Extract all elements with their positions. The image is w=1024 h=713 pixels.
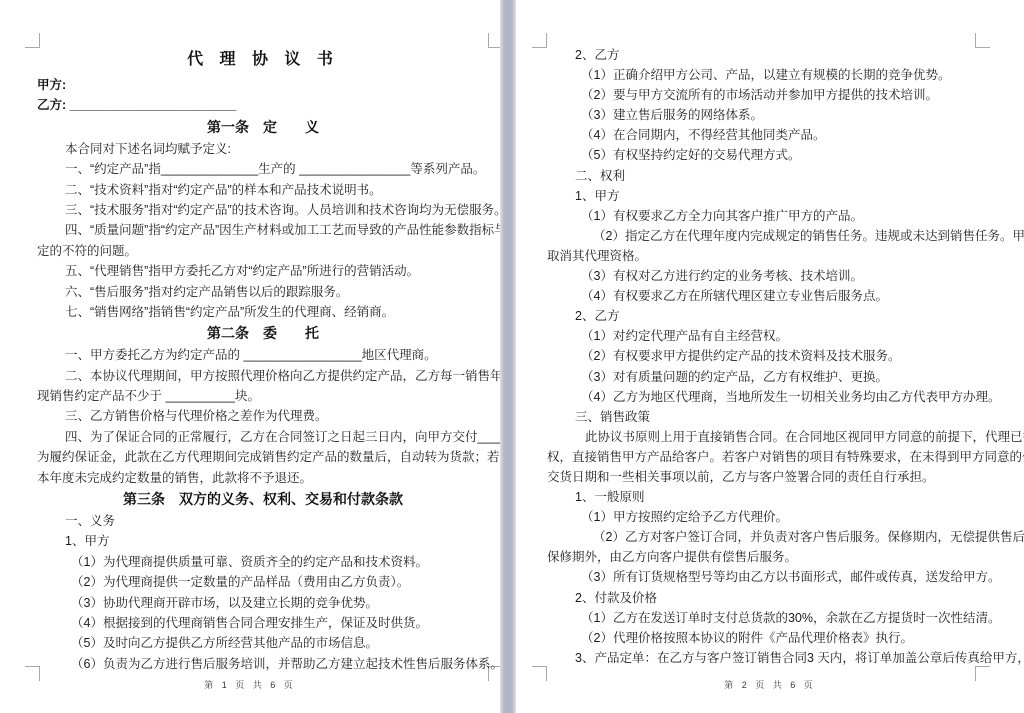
- text-line: 交货日期和一些相关事项以前，乙方与客户签署合同的责任自行承担。: [547, 467, 977, 487]
- text-line: 3、产品定单：在乙方与客户签订销售合同3 天内，将订单加盖公章后传真给甲方，以: [547, 648, 977, 668]
- text-line: 六、“售后服务”指对约定产品销售以后的跟踪服务。: [37, 282, 489, 302]
- text-line: 2、乙方: [547, 45, 977, 65]
- text-line: 一、义务: [37, 511, 489, 531]
- text-line: 保修期外，由乙方向客户提供有偿售后服务。: [547, 547, 977, 567]
- text-line: （2）有权要求甲方提供约定产品的技术资料及技术服务。: [547, 346, 977, 366]
- page-divider: [500, 0, 516, 713]
- text-line: （1）甲方按照约定给予乙方代理价。: [547, 507, 977, 527]
- text-line: 本合同对下述名词均赋予定义:: [37, 139, 489, 159]
- text-line: 1、甲方: [37, 531, 489, 551]
- text-line: （1）有权要求乙方全力向其客户推广甲方的产品。: [547, 206, 977, 226]
- text-line: 此协议书原则上用于直接销售合同。在合同地区视同甲方同意的前提下，代理已得到授: [547, 427, 977, 447]
- text-line: 二、权利: [547, 166, 977, 186]
- text-line: 七、“销售网络”指销售“约定产品”所发生的代理商、经销商。: [37, 302, 489, 322]
- page-2-content: 2、乙方（1）正确介绍甲方公司、产品，以建立有规模的长期的竞争优势。（2）要与甲…: [547, 45, 977, 668]
- text-line: 三、销售政策: [547, 407, 977, 427]
- section-heading: 第三条 双方的义务、权利、交易和付款条款: [37, 488, 489, 511]
- section-heading: 第一条 定 义: [37, 116, 489, 139]
- text-line: 五、“代理销售”指甲方委托乙方对“约定产品”所进行的营销活动。: [37, 261, 489, 281]
- text-line: （2）代理价格按照本协议的附件《产品代理价格表》执行。: [547, 628, 977, 648]
- text-line: （4）有权要求乙方在所辖代理区建立专业售后服务点。: [547, 286, 977, 306]
- text-line: （1）正确介绍甲方公司、产品，以建立有规模的长期的竞争优势。: [547, 65, 977, 85]
- text-line: 甲方:: [37, 75, 489, 95]
- text-line: 三、乙方销售价格与代理价格之差作为代理费。: [37, 406, 489, 426]
- text-line: （2）为代理商提供一定数量的产品样品（费用由乙方负责）。: [37, 572, 489, 592]
- text-line: （3）建立售后服务的网络体系。: [547, 105, 977, 125]
- text-line: 一、甲方委托乙方为约定产品的 _________________地区代理商。: [37, 345, 489, 365]
- text-line: （5）及时向乙方提供乙方所经营其他产品的市场信息。: [37, 633, 489, 653]
- text-line: （4）乙方为地区代理商，当地所发生一切相关业务均由乙方代表甲方办理。: [547, 387, 977, 407]
- text-line: （3）协助代理商开辟市场，以及建立长期的竞争优势。: [37, 593, 489, 613]
- text-line: 定的不符的问题。: [37, 241, 489, 261]
- text-line: 四、“质量问题”指“约定产品”因生产材料或加工工艺而导致的产品性能参数指标与标: [37, 220, 489, 240]
- text-boundary-topright-mark: [975, 33, 990, 48]
- text-line: 1、甲方: [547, 186, 977, 206]
- text-line: （5）有权坚持约定好的交易代理方式。: [547, 145, 977, 165]
- text-line: 本年度未完成约定数量的销售，此款将不予退还。: [37, 468, 489, 488]
- text-line: 权，直接销售甲方产品给客户。若客户对销售的项目有特殊要求，在未得到甲方同意的价格…: [547, 447, 977, 467]
- text-line: 1、一般原则: [547, 487, 977, 507]
- text-line: 四、为了保证合同的正常履行，乙方在合同签订之日起三日内，向甲方交付_____万元…: [37, 427, 489, 447]
- text-line: （2）指定乙方在代理年度内完成规定的销售任务。违规或未达到销售任务。甲方有权: [547, 226, 977, 246]
- text-line: （3）有权对乙方进行约定的业务考核、技术培训。: [547, 266, 977, 286]
- section-heading: 第二条 委 托: [37, 322, 489, 345]
- text-line: 乙方: ________________________: [37, 95, 489, 115]
- text-line: （2）乙方对客户签订合同，并负责对客户售后服务。保修期内，无偿提供售后服务；: [547, 527, 977, 547]
- text-line: 2、付款及价格: [547, 588, 977, 608]
- text-line: 取消其代理资格。: [547, 246, 977, 266]
- text-line: （3）所有订货规格型号等均由乙方以书面形式，邮件或传真，送发给甲方。: [547, 567, 977, 587]
- text-line: （4）根据接到的代理商销售合同合理安排生产，保证及时供货。: [37, 613, 489, 633]
- text-line: 三、“技术服务”指对“约定产品”的技术咨询。人员培训和技术咨询均为无偿服务。: [37, 200, 489, 220]
- text-line: （3）对有质量问题的约定产品，乙方有权维护、更换。: [547, 367, 977, 387]
- page-2-footer: 第 2 页 共 6 页: [516, 678, 1024, 691]
- text-line: （6）负责为乙方进行售后服务培训，并帮助乙方建立起技术性售后服务体系。: [37, 654, 489, 674]
- text-line: （2）要与甲方交流所有的市场活动并参加甲方提供的技术培训。: [547, 85, 977, 105]
- text-line: 一、“约定产品”指______________生产的 _____________…: [37, 159, 489, 179]
- text-line: 二、本协议代理期间，甲方按照代理价格向乙方提供约定产品，乙方每一销售年度应实: [37, 366, 489, 386]
- text-line: （1）乙方在发送订单时支付总货款的30%，余款在乙方提货时一次性结清。: [547, 608, 977, 628]
- text-line: （1）对约定代理产品有自主经营权。: [547, 326, 977, 346]
- document-page-2[interactable]: 2、乙方（1）正确介绍甲方公司、产品，以建立有规模的长期的竞争优势。（2）要与甲…: [516, 0, 1024, 713]
- text-line: 现销售约定产品不少于 __________块。: [37, 386, 489, 406]
- page-1-content: 代 理 协 议 书甲方:乙方: ________________________…: [37, 45, 489, 674]
- text-boundary-topleft-mark: [532, 33, 547, 48]
- text-line: 二、“技术资料”指对“约定产品”的样本和产品技术说明书。: [37, 180, 489, 200]
- text-line: （4）在合同期内，不得经营其他同类产品。: [547, 125, 977, 145]
- page-1-footer: 第 1 页 共 6 页: [0, 678, 500, 691]
- text-line: （1）为代理商提供质量可靠、资质齐全的约定产品和技术资料。: [37, 552, 489, 572]
- document-title: 代 理 协 议 书: [37, 45, 489, 75]
- text-line: 为履约保证金，此款在乙方代理期间完成销售约定产品的数量后，自动转为货款；若乙方在: [37, 447, 489, 467]
- text-line: 2、乙方: [547, 306, 977, 326]
- document-page-1[interactable]: 代 理 协 议 书甲方:乙方: ________________________…: [0, 0, 500, 713]
